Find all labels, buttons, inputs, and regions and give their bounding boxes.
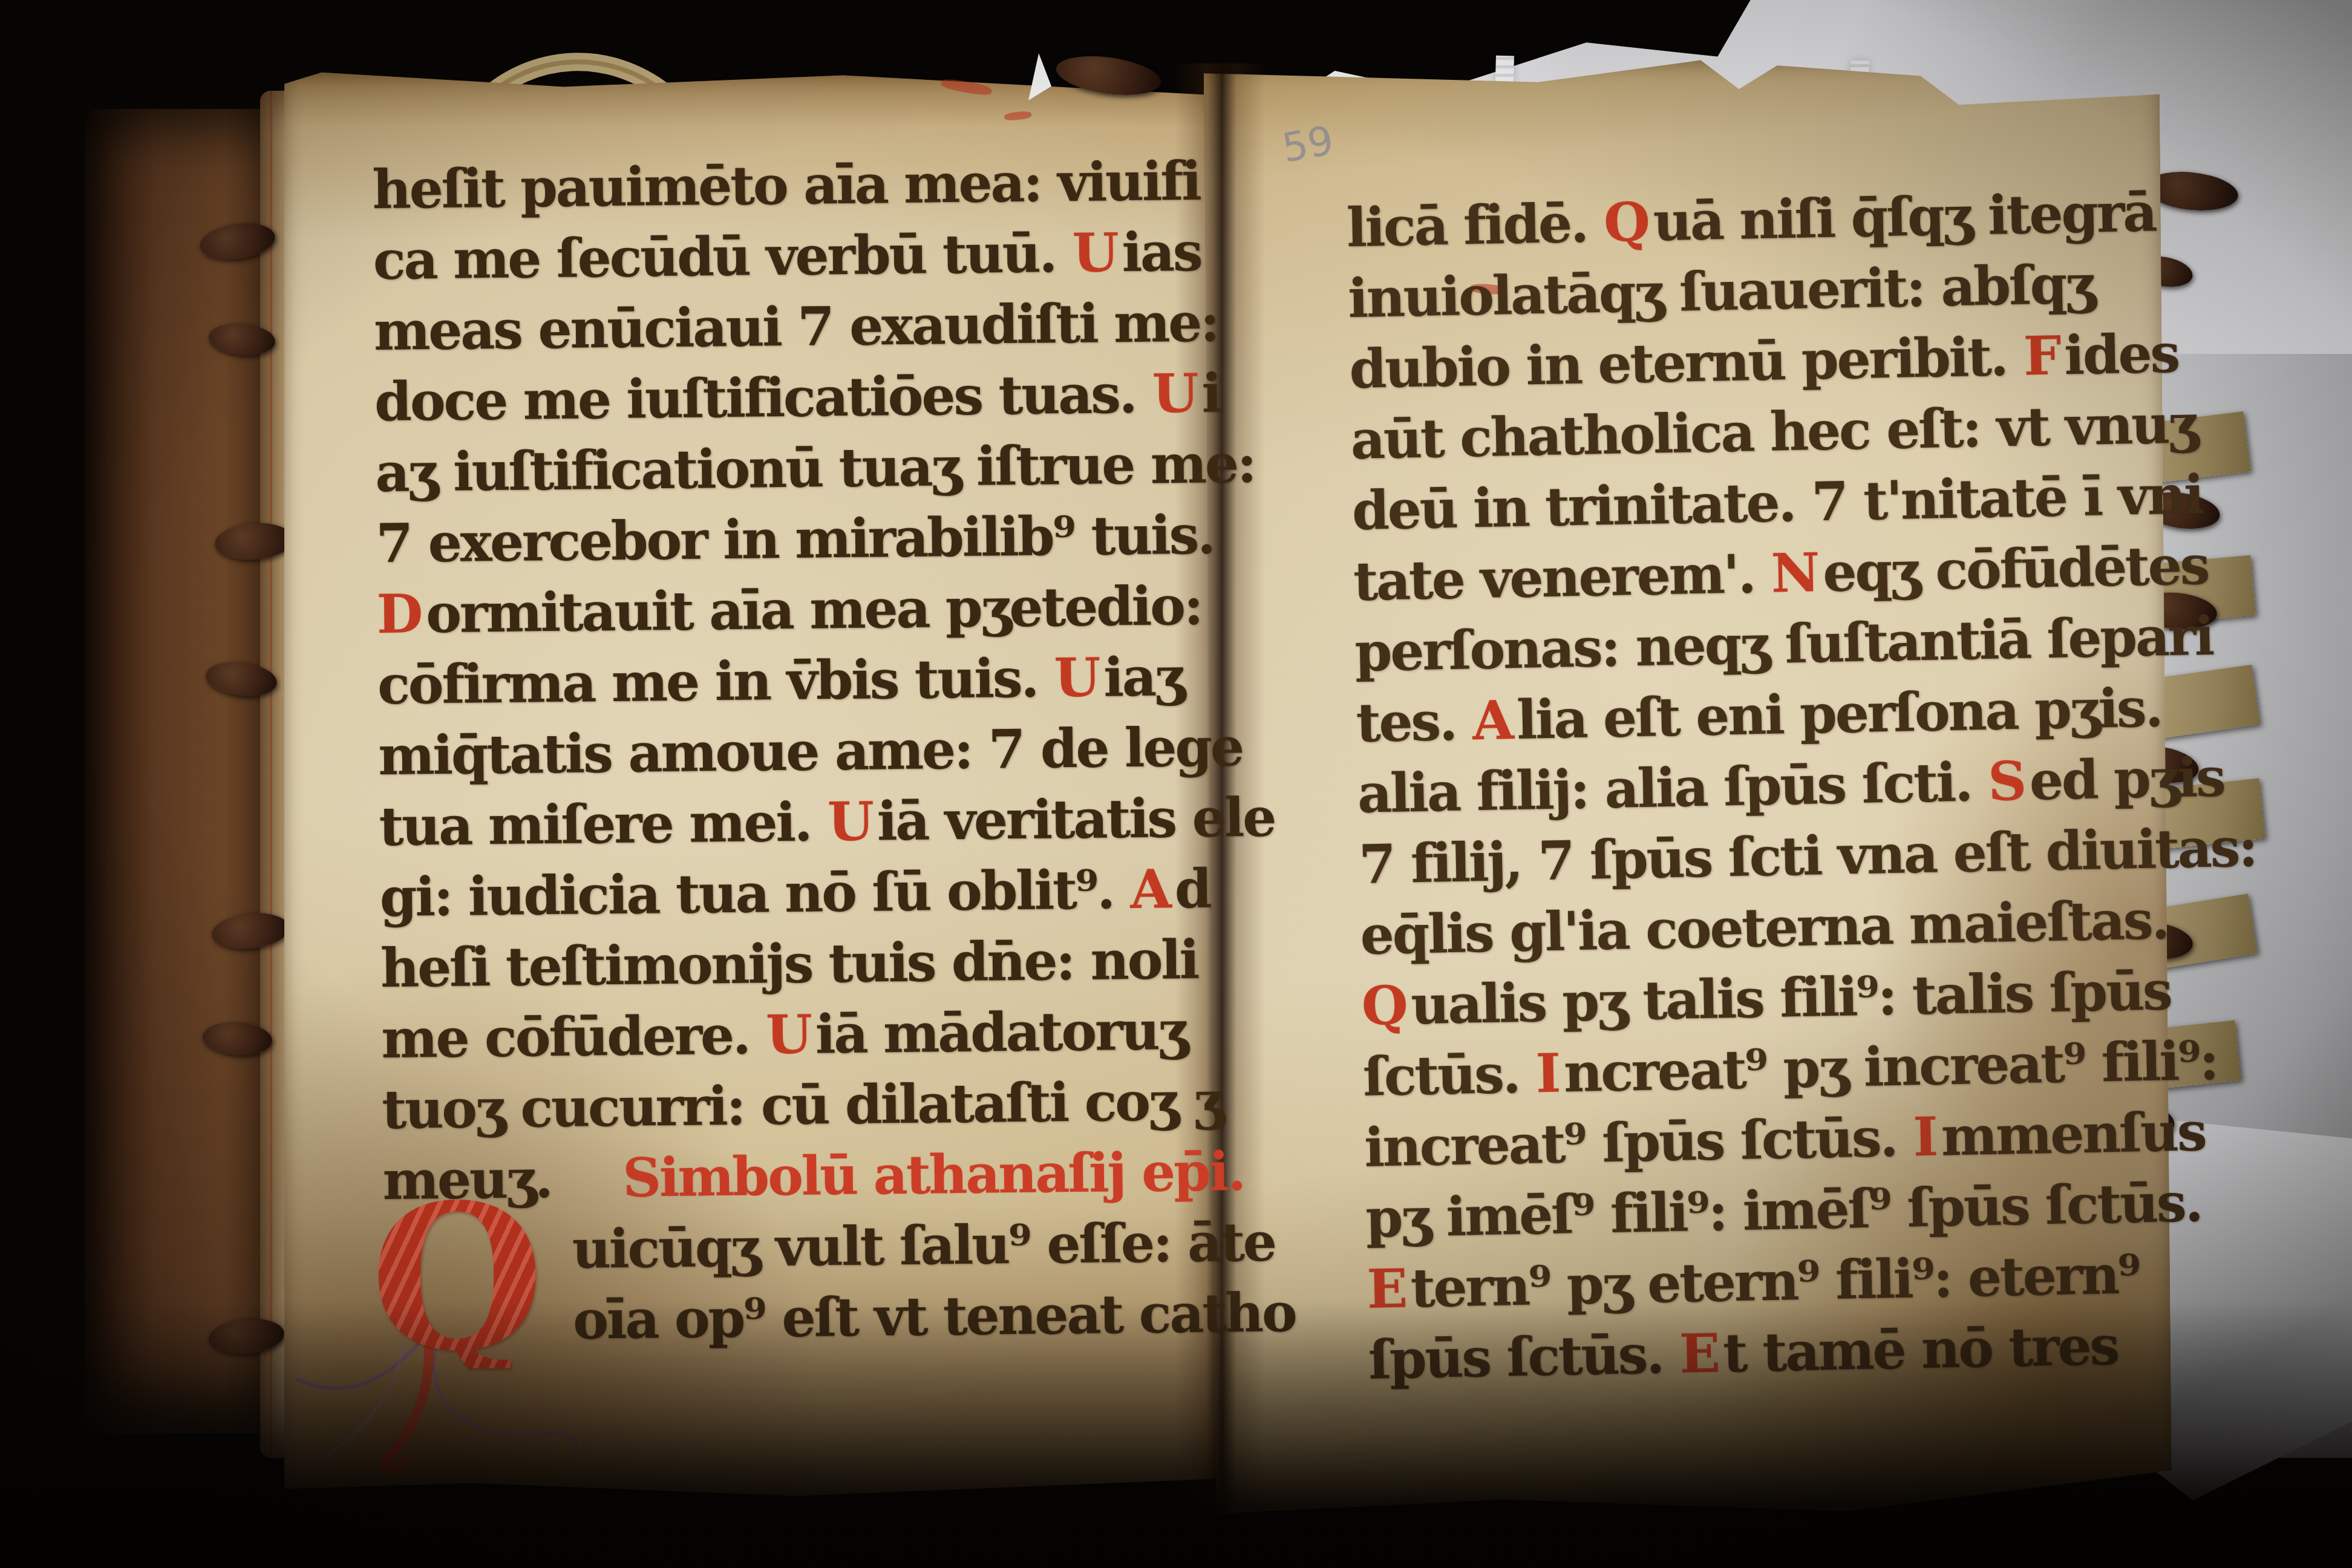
- manuscript-line: gi: iudicia tua nō ſū oblit⁹. Ad: [379, 854, 1197, 933]
- text-segment: U: [1152, 362, 1202, 425]
- text-segment: iaʒ: [1103, 645, 1184, 708]
- text-segment: mmenſus: [1941, 1100, 2206, 1168]
- text-segment: ides: [2064, 322, 2179, 387]
- text-segment: ed pʒis: [2029, 745, 2225, 812]
- text-segment: 7 exercebor in mirabilib⁹ tuis.: [376, 503, 1214, 575]
- text-segment: eq̄lis gl'ia coeterna maieſtas.: [1360, 888, 2169, 967]
- text-segment: pʒ imēſ⁹ fili⁹: imēſ⁹ ſpūs ſctūs.: [1365, 1171, 2203, 1250]
- manuscript-line: miq̄tatis amoue ame: 7 de lege: [378, 712, 1195, 791]
- text-segment: N: [1771, 541, 1823, 605]
- text-segment: iā veritatis ele: [877, 785, 1275, 852]
- text-segment: ſctūs.: [1362, 1042, 1537, 1108]
- manuscript-line: heſi teſtimonijs tuis dn̄e: noli: [380, 924, 1197, 1004]
- manuscript-line: tuoʒ cucurri: cū dilataſti coʒ ʒ: [382, 1066, 1199, 1145]
- text-segment: d: [1174, 857, 1210, 921]
- text-segment: tes.: [1356, 689, 1473, 754]
- rubric-text: Simbolū athanaſij ep̄i.: [622, 1140, 1244, 1209]
- text-segment: cōfirma me in v̄bis tuis.: [377, 646, 1055, 716]
- text-segment: gi: iudicia tua nō ſū oblit⁹.: [379, 858, 1131, 929]
- text-segment: i: [1201, 361, 1221, 424]
- text-segment: licā fidē.: [1346, 191, 1604, 259]
- text-segment: aʒ iuſtificationū tuaʒ iſtrue me:: [375, 432, 1255, 504]
- manuscript-line: 7 exercebor in mirabilib⁹ tuis.: [376, 500, 1193, 579]
- text-segment: perſonas: neqʒ ſuſtantiā ſepari: [1354, 604, 2213, 684]
- text-segment: U: [1054, 645, 1104, 709]
- text-segment: I: [1535, 1041, 1564, 1105]
- text-segment: eqʒ cōfūdētes: [1822, 534, 2209, 604]
- text-segment: F: [2023, 324, 2065, 387]
- manuscript-line: Dormitauit aīa mea pʒetedio:: [376, 570, 1194, 650]
- text-segment: U: [828, 789, 878, 853]
- text-segment: ualis pʒ talis fili⁹: talis ſpūs: [1410, 959, 2171, 1036]
- text-segment: iā mādatoruʒ: [815, 999, 1186, 1065]
- right-page-text: licā fidē. Quā niſi q̄ſqʒ itegrāinuiolat…: [1346, 177, 2161, 1396]
- text-segment: me cōfūdere.: [381, 1003, 766, 1070]
- text-segment: A: [1472, 688, 1517, 752]
- text-segment: I: [1913, 1105, 1942, 1168]
- text-segment: A: [1130, 857, 1175, 921]
- bottom-shadow: [0, 1301, 2352, 1568]
- text-segment: Q: [1361, 973, 1412, 1037]
- folio-number: 59: [1279, 117, 1337, 171]
- manuscript-line: aʒ iuſtificationū tuaʒ iſtrue me:: [375, 429, 1192, 508]
- text-segment: tua miſere mei.: [379, 790, 828, 858]
- text-segment: deū in trinitate. 7 t'nitatē ī vni: [1351, 463, 2203, 542]
- text-segment: S: [1987, 749, 2030, 812]
- text-segment: tuoʒ cucurri: cū dilataſti coʒ ʒ: [382, 1069, 1223, 1141]
- text-segment: alia filij: alia ſpūs ſcti.: [1357, 750, 1988, 825]
- text-segment: U: [766, 1002, 816, 1066]
- text-segment: U: [1072, 221, 1122, 284]
- manuscript-line: meas enūciaui 7 exaudiſti me:: [373, 287, 1191, 367]
- manuscript-line: cōfirma me in v̄bis tuis. Uiaʒ: [377, 641, 1195, 720]
- text-segment: miq̄tatis amoue ame: 7 de lege: [378, 715, 1243, 787]
- text-segment: Q: [1603, 190, 1654, 254]
- text-segment: uā niſi q̄ſqʒ itegrā: [1653, 180, 2156, 253]
- text-segment: dubio in eternū peribit.: [1349, 325, 2024, 400]
- manuscript-line: doce me iuſtificatiōes tuas. Ui: [374, 358, 1192, 437]
- manuscript-line: me cōfūdere. Uiā mādatoruʒ: [381, 995, 1198, 1074]
- text-segment: heſit pauimēto aīa mea: viuifi: [372, 149, 1200, 221]
- manuscript-line: heſit pauimēto aīa mea: viuifi: [372, 146, 1189, 225]
- text-segment: lia eſt eni perſona pʒis.: [1517, 676, 2163, 751]
- text-segment: ormitauit aīa mea pʒetedio:: [426, 574, 1202, 645]
- text-segment: aūt chatholica hec eſt: vt vnuʒ: [1350, 392, 2197, 471]
- text-segment: inuiolatāqʒ ſuauerit: abſqʒ: [1347, 252, 2094, 330]
- text-segment: 7 filij, 7 ſpūs ſcti vna eſt diuitas:: [1358, 815, 2256, 895]
- text-segment: meas enūciaui 7 exaudiſti me:: [374, 290, 1219, 362]
- book-left-cover: [85, 109, 284, 1434]
- manuscript-line: ca me ſecūdū verbū tuū. Uias: [373, 217, 1190, 296]
- text-segment: doce me iuſtificatiōes tuas.: [374, 362, 1153, 433]
- text-segment: ca me ſecūdū verbū tuū.: [373, 221, 1073, 292]
- text-segment: increat⁹ ſpūs ſctūs.: [1364, 1105, 1913, 1178]
- manuscript-line: tua miſere mei. Uiā veritatis ele: [379, 783, 1196, 862]
- text-segment: heſi teſtimonijs tuis dn̄e: noli: [381, 928, 1198, 999]
- text-segment: tate venerem'.: [1353, 542, 1772, 613]
- text-segment: D: [376, 582, 426, 645]
- text-segment: ias: [1122, 220, 1201, 284]
- text-segment: ncreat⁹ pʒ increat⁹ fili⁹:: [1563, 1029, 2218, 1105]
- text-segment: uicūqʒ vult ſalu⁹ eſſe: āte: [572, 1210, 1275, 1280]
